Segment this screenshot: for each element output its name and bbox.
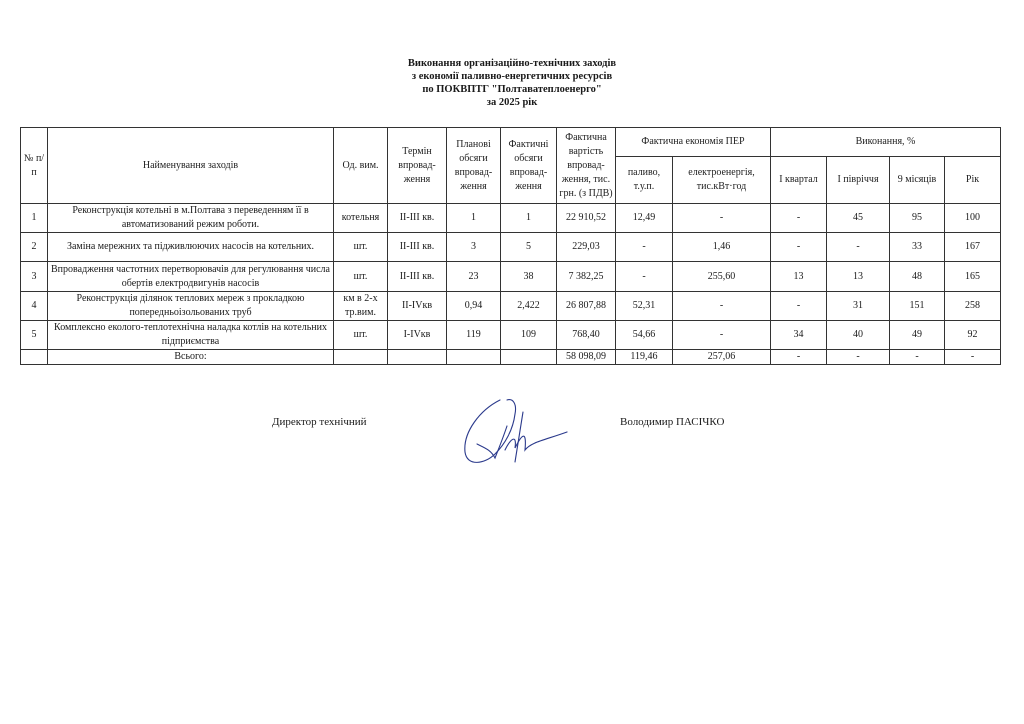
cell-term: II-III кв. [388, 204, 447, 233]
total-year: - [945, 350, 1001, 365]
cell-name: Впровадження частотних перетворювачів дл… [48, 262, 334, 292]
header-savings-group: Фактична економія ПЕР [616, 128, 771, 157]
table-row: 1Реконструкція котельні в м.Полтава з пе… [21, 204, 1001, 233]
cell-m9: 95 [890, 204, 945, 233]
cell-name: Комплексно еколого-теплотехнічна наладка… [48, 321, 334, 350]
cell-q1: 13 [771, 262, 827, 292]
cell-num: 2 [21, 233, 48, 262]
cell-m9: 151 [890, 292, 945, 321]
title-line-4: за 2025 рік [0, 96, 1024, 109]
title-line-2: з економії паливно-енергетичних ресурсів [0, 70, 1024, 83]
cell-year: 100 [945, 204, 1001, 233]
total-9m: - [890, 350, 945, 365]
total-fuel: 119,46 [616, 350, 673, 365]
cell-cost: 768,40 [557, 321, 616, 350]
table-row: 5Комплексно еколого-теплотехнічна наладк… [21, 321, 1001, 350]
cell-unit: км в 2-х тр.вим. [334, 292, 388, 321]
cell-q1: - [771, 233, 827, 262]
title-line-1: Виконання організаційно-технічних заході… [0, 57, 1024, 70]
cell-q1: - [771, 292, 827, 321]
header-electricity: електроенергія, тис.кВт·год [673, 157, 771, 204]
header-term: Термін впровад-ження [388, 128, 447, 204]
signatory-position: Директор технічний [272, 416, 367, 428]
total-planned [447, 350, 501, 365]
title-line-3: по ПОКВПТГ "Полтаватеплоенерго" [0, 83, 1024, 96]
cell-m9: 48 [890, 262, 945, 292]
cell-h1: 13 [827, 262, 890, 292]
total-electricity: 257,06 [673, 350, 771, 365]
cell-planned: 0,94 [447, 292, 501, 321]
cell-planned: 3 [447, 233, 501, 262]
header-h1: I півріччя [827, 157, 890, 204]
total-cost: 58 098,09 [557, 350, 616, 365]
total-term [388, 350, 447, 365]
cell-actual: 5 [501, 233, 557, 262]
cell-term: II-III кв. [388, 233, 447, 262]
cell-q1: - [771, 204, 827, 233]
cell-term: II-IVкв [388, 292, 447, 321]
header-name: Найменування заходів [48, 128, 334, 204]
cell-num: 5 [21, 321, 48, 350]
cell-planned: 119 [447, 321, 501, 350]
signatory-name: Володимир ПАСІЧКО [620, 416, 724, 428]
cell-m9: 49 [890, 321, 945, 350]
cell-electricity: - [673, 292, 771, 321]
cell-num: 3 [21, 262, 48, 292]
cell-term: I-IVкв [388, 321, 447, 350]
header-actual: Фактичні обсяги впровад-ження [501, 128, 557, 204]
header-9m: 9 місяців [890, 157, 945, 204]
cell-unit: шт. [334, 233, 388, 262]
cell-q1: 34 [771, 321, 827, 350]
cell-name: Реконструкція ділянок теплових мереж з п… [48, 292, 334, 321]
cell-unit: шт. [334, 262, 388, 292]
cell-num: 1 [21, 204, 48, 233]
cell-year: 258 [945, 292, 1001, 321]
header-year: Рік [945, 157, 1001, 204]
total-num [21, 350, 48, 365]
cell-h1: 45 [827, 204, 890, 233]
cell-num: 4 [21, 292, 48, 321]
cell-actual: 2,422 [501, 292, 557, 321]
cell-planned: 1 [447, 204, 501, 233]
total-row: Всього: 58 098,09 119,46 257,06 - - - - [21, 350, 1001, 365]
cell-name: Заміна мережних та підживлюючих насосів … [48, 233, 334, 262]
header-q1: I квартал [771, 157, 827, 204]
cell-cost: 229,03 [557, 233, 616, 262]
total-unit [334, 350, 388, 365]
cell-h1: - [827, 233, 890, 262]
table-row: 2Заміна мережних та підживлюючих насосів… [21, 233, 1001, 262]
cell-electricity: - [673, 321, 771, 350]
cell-electricity: 1,46 [673, 233, 771, 262]
cell-fuel: - [616, 233, 673, 262]
document-title: Виконання організаційно-технічних заході… [0, 57, 1024, 109]
cell-electricity: - [673, 204, 771, 233]
header-cost: Фактична вартість впровад-ження, тис. гр… [557, 128, 616, 204]
table-row: 3Впровадження частотних перетворювачів д… [21, 262, 1001, 292]
header-completion-group: Виконання, % [771, 128, 1001, 157]
cell-year: 167 [945, 233, 1001, 262]
header-fuel: паливо, т.у.п. [616, 157, 673, 204]
total-q1: - [771, 350, 827, 365]
total-label: Всього: [48, 350, 334, 365]
header-num: № п/п [21, 128, 48, 204]
measures-table: № п/п Найменування заходів Од. вим. Терм… [20, 127, 1001, 365]
cell-fuel: 52,31 [616, 292, 673, 321]
cell-fuel: 54,66 [616, 321, 673, 350]
cell-actual: 109 [501, 321, 557, 350]
cell-planned: 23 [447, 262, 501, 292]
cell-term: II-III кв. [388, 262, 447, 292]
table-row: 4Реконструкція ділянок теплових мереж з … [21, 292, 1001, 321]
cell-year: 92 [945, 321, 1001, 350]
cell-cost: 7 382,25 [557, 262, 616, 292]
signature-scribble [455, 392, 575, 472]
cell-actual: 1 [501, 204, 557, 233]
cell-cost: 26 807,88 [557, 292, 616, 321]
cell-actual: 38 [501, 262, 557, 292]
cell-fuel: - [616, 262, 673, 292]
cell-m9: 33 [890, 233, 945, 262]
cell-unit: шт. [334, 321, 388, 350]
total-actual [501, 350, 557, 365]
cell-h1: 40 [827, 321, 890, 350]
header-unit: Од. вим. [334, 128, 388, 204]
header-planned: Планові обсяги впровад-ження [447, 128, 501, 204]
cell-name: Реконструкція котельні в м.Полтава з пер… [48, 204, 334, 233]
cell-unit: котельня [334, 204, 388, 233]
cell-electricity: 255,60 [673, 262, 771, 292]
cell-cost: 22 910,52 [557, 204, 616, 233]
total-h1: - [827, 350, 890, 365]
cell-h1: 31 [827, 292, 890, 321]
cell-fuel: 12,49 [616, 204, 673, 233]
cell-year: 165 [945, 262, 1001, 292]
